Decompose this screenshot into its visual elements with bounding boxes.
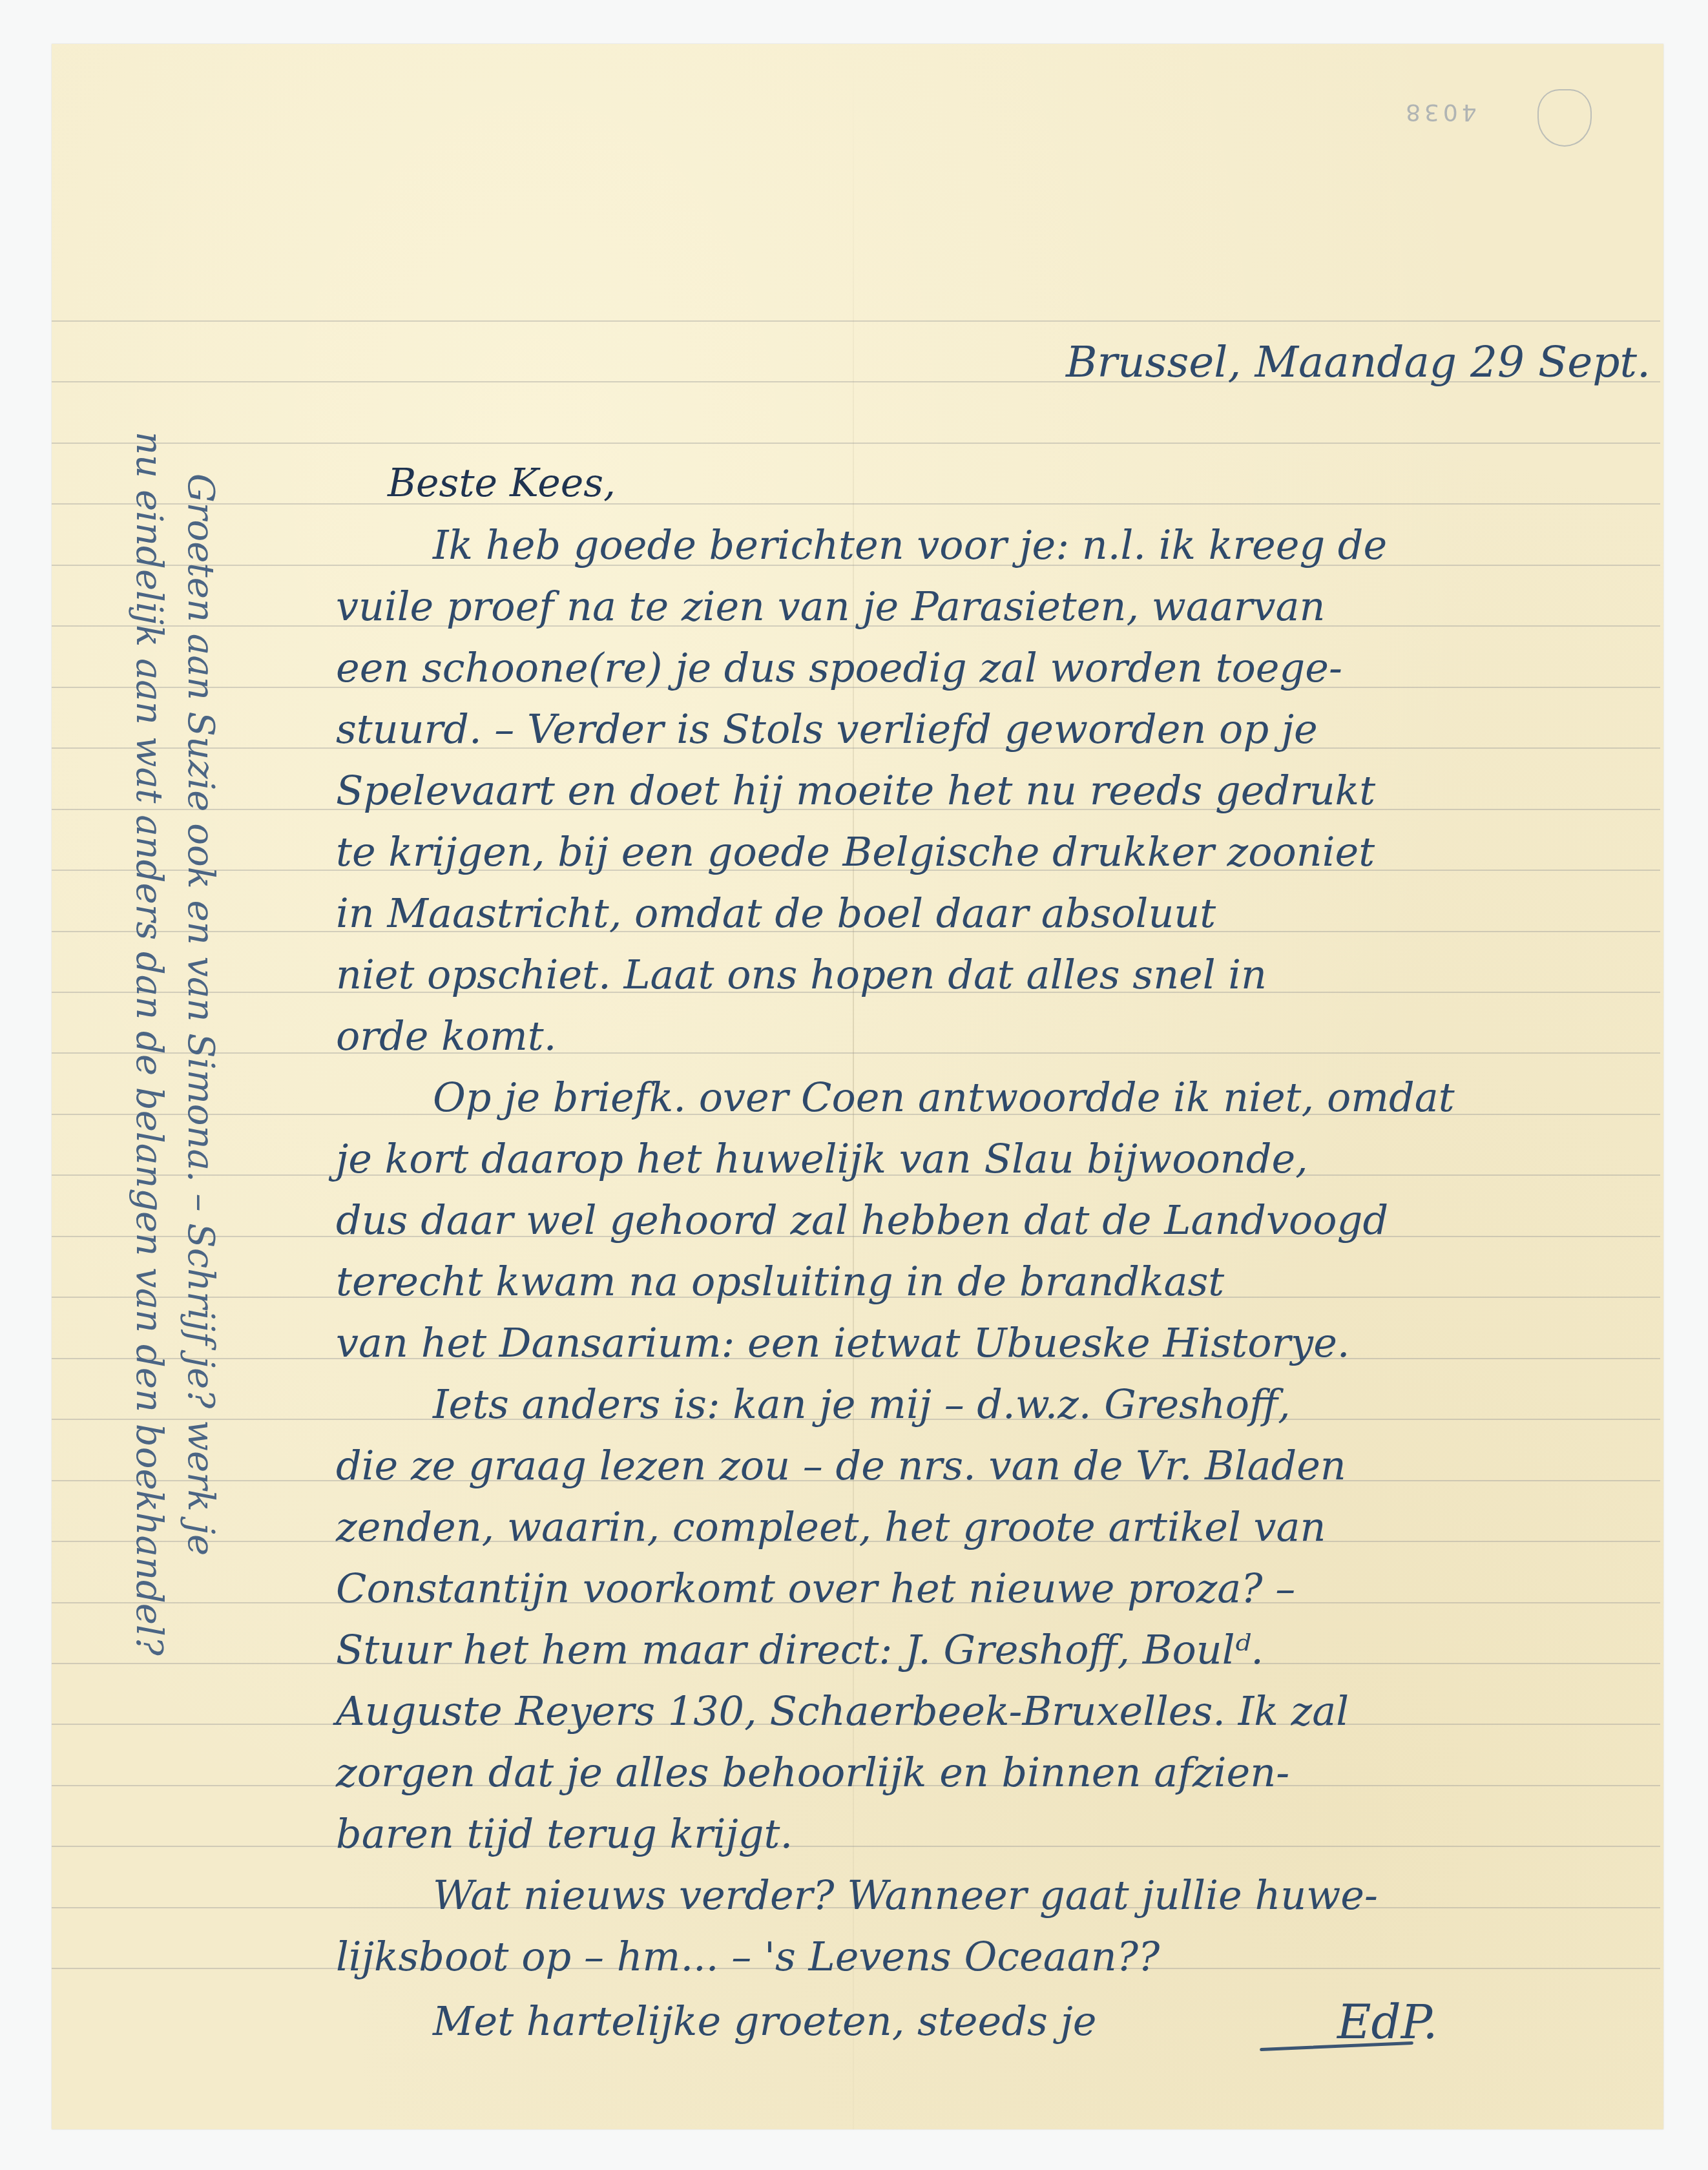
letter-line: Op je briefk. over Coen antwoordde ik ni… [433,1078,1455,1118]
letter-line: terecht kwam na opsluiting in de brandka… [336,1262,1224,1302]
letter-line: stuurd. – Verder is Stols verliefd gewor… [336,709,1318,749]
letter-line: Stuur het hem maar direct: J. Greshoff, … [336,1630,1264,1670]
salutation: Beste Kees, [388,464,616,503]
ruled-line [52,1846,1660,1847]
letter-line: Auguste Reyers 130, Schaerbeek-Bruxelles… [336,1691,1349,1731]
letter-line: te krijgen, bij een goede Belgische druk… [336,832,1375,872]
letter-sheet: 4038 Brussel, Maandag 29 Sept. Beste Kee… [52,44,1663,2129]
letter-line: zenden, waarin, compleet, het groote art… [336,1507,1326,1547]
ruled-line [52,1052,1660,1054]
closing-line: Met hartelijke groeten, steeds je [433,2001,1096,2041]
letter-line: Iets anders is: kan je mij – d.w.z. Gres… [433,1384,1291,1424]
ruled-line [52,320,1660,322]
ruled-line [52,443,1660,444]
letter-line: lijksboot op – hm... – 's Levens Oceaan?… [336,1937,1160,1977]
letter-line: orde komt. [336,1016,556,1056]
letter-line: dus daar wel gehoord zal hebben dat de L… [336,1200,1388,1240]
letter-line: niet opschiet. Laat ons hopen dat alles … [336,955,1267,995]
letter-line: die ze graag lezen zou – de nrs. van de … [336,1446,1346,1486]
letter-line: van het Dansarium: een ietwat Ubueske Hi… [336,1323,1350,1363]
letter-line: in Maastricht, omdat de boel daar absolu… [336,893,1216,934]
archive-stamp-number: 4038 [1402,99,1477,125]
letter-line: baren tijd terug krijgt. [336,1814,793,1854]
letter-line: je kort daarop het huwelijk van Slau bij… [336,1139,1308,1179]
margin-note-line: nu eindelijk aan wat anders dan de belan… [130,432,167,1656]
archive-monogram-icon [1537,89,1592,147]
margin-note-line: Groeten aan Suzie ook en van Simona. – S… [182,474,218,1556]
letter-line: Spelevaart en doet hij moeite het nu ree… [336,771,1375,811]
letter-line: zorgen dat je alles behoorlijk en binnen… [336,1753,1289,1793]
ruled-line [52,503,1660,505]
letter-line: Constantijn voorkomt over het nieuwe pro… [336,1569,1295,1609]
letter-line: een schoone(re) je dus spoedig zal worde… [336,648,1342,688]
place-date: Brussel, Maandag 29 Sept. [1066,341,1651,384]
signature: EdP. [1337,1995,1437,2049]
letter-line: vuile proef na te zien van je Parasieten… [336,587,1325,627]
letter-line: Ik heb goede berichten voor je: n.l. ik … [433,525,1387,565]
letter-line: Wat nieuws verder? Wanneer gaat jullie h… [433,1875,1378,1915]
